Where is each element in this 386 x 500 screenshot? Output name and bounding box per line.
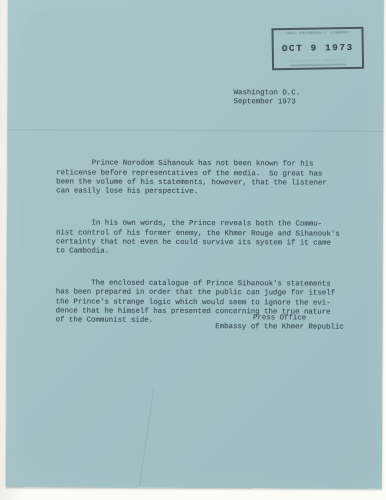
library-date-stamp: YALE UNIVERSITY LIBRARY OCT 9 1973 ·····… xyxy=(271,27,364,71)
paper-crease-horizontal xyxy=(7,129,383,132)
signature-block: Press Office Embassy of the Khmer Republ… xyxy=(212,314,348,333)
dateline-city: Washington D.C. xyxy=(234,89,301,97)
stamp-top-text: YALE UNIVERSITY LIBRARY xyxy=(285,31,349,36)
dateline: Washington D.C. September 1973 xyxy=(234,89,301,108)
signature-office: Press Office xyxy=(253,314,306,322)
dateline-date: September 1973 xyxy=(234,99,296,107)
paper-crease-vertical xyxy=(139,388,154,487)
paragraph-1: Prince Norodom Sihanouk has not been kno… xyxy=(56,160,340,198)
stamp-date: OCT 9 1973 xyxy=(282,41,354,53)
paragraph-2: In his own words, the Prince reveals bot… xyxy=(56,220,340,258)
signature-org: Embassy of the Khmer Republic xyxy=(215,323,344,332)
stamp-bottom-text: ··········· ········ xyxy=(290,59,346,66)
letter-page: YALE UNIVERSITY LIBRARY OCT 9 1973 ·····… xyxy=(6,0,384,489)
